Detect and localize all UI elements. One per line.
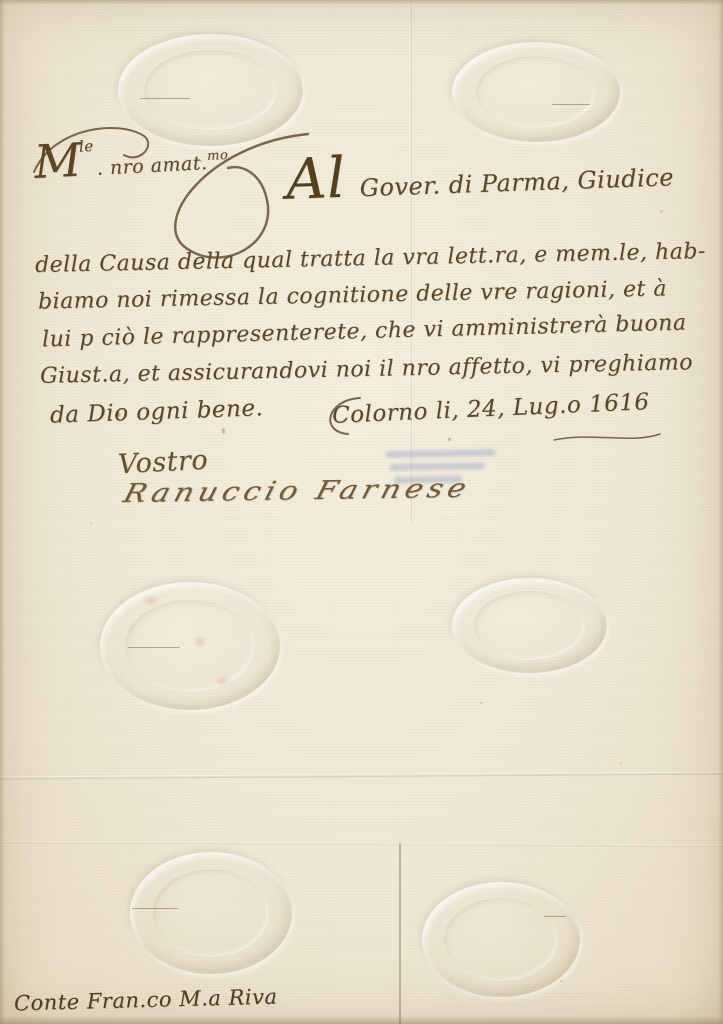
- seal-red-trace: [218, 678, 227, 684]
- dateline-underline-flourish: [552, 430, 664, 444]
- blind-seal-ring: [153, 869, 270, 957]
- dateline: Colorno li, 24, Lug.o 1616: [332, 389, 650, 429]
- salutation-text: . nro amat.: [96, 152, 208, 180]
- signature: Ranuccio Farnese: [120, 474, 474, 509]
- seal-slit: [552, 104, 590, 105]
- salutation-superscript-2: mo: [207, 148, 229, 164]
- heading-text: Gover. di Parma, Giudice: [359, 163, 674, 202]
- blind-seal-bottom-left: [130, 852, 292, 974]
- stamp-line: [386, 449, 496, 458]
- salutation-superscript: le: [79, 137, 95, 156]
- body-line-3: lui p ciò le rappresenterete, che vi amm…: [42, 311, 687, 353]
- fold-crease-horizontal-2: [0, 771, 723, 779]
- fold-crease-vertical-bottom: [399, 843, 401, 1024]
- closing-word: Vostro: [117, 445, 209, 481]
- blind-seal-top-right: [452, 42, 620, 142]
- body-line-4: Giust.a, et assicurandovi noi il nro aff…: [40, 350, 693, 389]
- blind-seal-middle-right: [452, 578, 607, 673]
- body-line-5: da Dio ogni bene.: [50, 395, 264, 428]
- foxing-speck: [90, 522, 92, 524]
- blind-seal-middle-left: [100, 582, 280, 710]
- foxing-speck: [660, 210, 663, 213]
- blind-seal-ring: [476, 56, 597, 128]
- fold-crease-horizontal-3: [0, 841, 723, 847]
- blind-seal-ring: [474, 591, 586, 659]
- seal-red-trace: [146, 598, 156, 604]
- blind-seal-ring: [125, 600, 255, 692]
- red-ink-fleck: [448, 438, 451, 441]
- seal-slit: [132, 908, 178, 909]
- body-line-1: della Causa della qual tratta la vra let…: [35, 239, 706, 278]
- stamp-line: [390, 462, 485, 471]
- paper-edge-bottom: [0, 1015, 723, 1024]
- paper-edge-right: [718, 0, 723, 1024]
- blind-seal-ring: [444, 898, 558, 981]
- blind-seal-bottom-right: [422, 882, 580, 997]
- manuscript-page: Mle. nro amat.mo AlGover. di Parma, Giud…: [0, 0, 723, 1024]
- docket-note: Conte Fran.co M.a Riva: [14, 985, 278, 1016]
- foxing-speck: [480, 702, 483, 704]
- foxing-speck: [560, 980, 563, 982]
- red-ink-fleck: [222, 428, 225, 434]
- fold-crease-horizontal-1: [0, 516, 723, 518]
- salutation-initial: M: [33, 133, 83, 189]
- heading-initial: Al: [285, 146, 347, 213]
- paper-edge-top: [0, 0, 723, 5]
- body-line-2: biamo noi rimessa la cognitione delle vr…: [38, 276, 667, 314]
- salutation: Mle. nro amat.mo: [33, 129, 229, 185]
- paper-edge-left: [0, 0, 5, 1024]
- seal-red-trace: [196, 638, 204, 645]
- foxing-speck: [620, 762, 622, 764]
- address-heading: AlGover. di Parma, Giudice: [285, 139, 674, 208]
- seal-slit: [544, 916, 566, 917]
- seal-slit: [128, 647, 180, 648]
- seal-slit: [140, 98, 190, 99]
- blind-seal-ring: [144, 50, 277, 131]
